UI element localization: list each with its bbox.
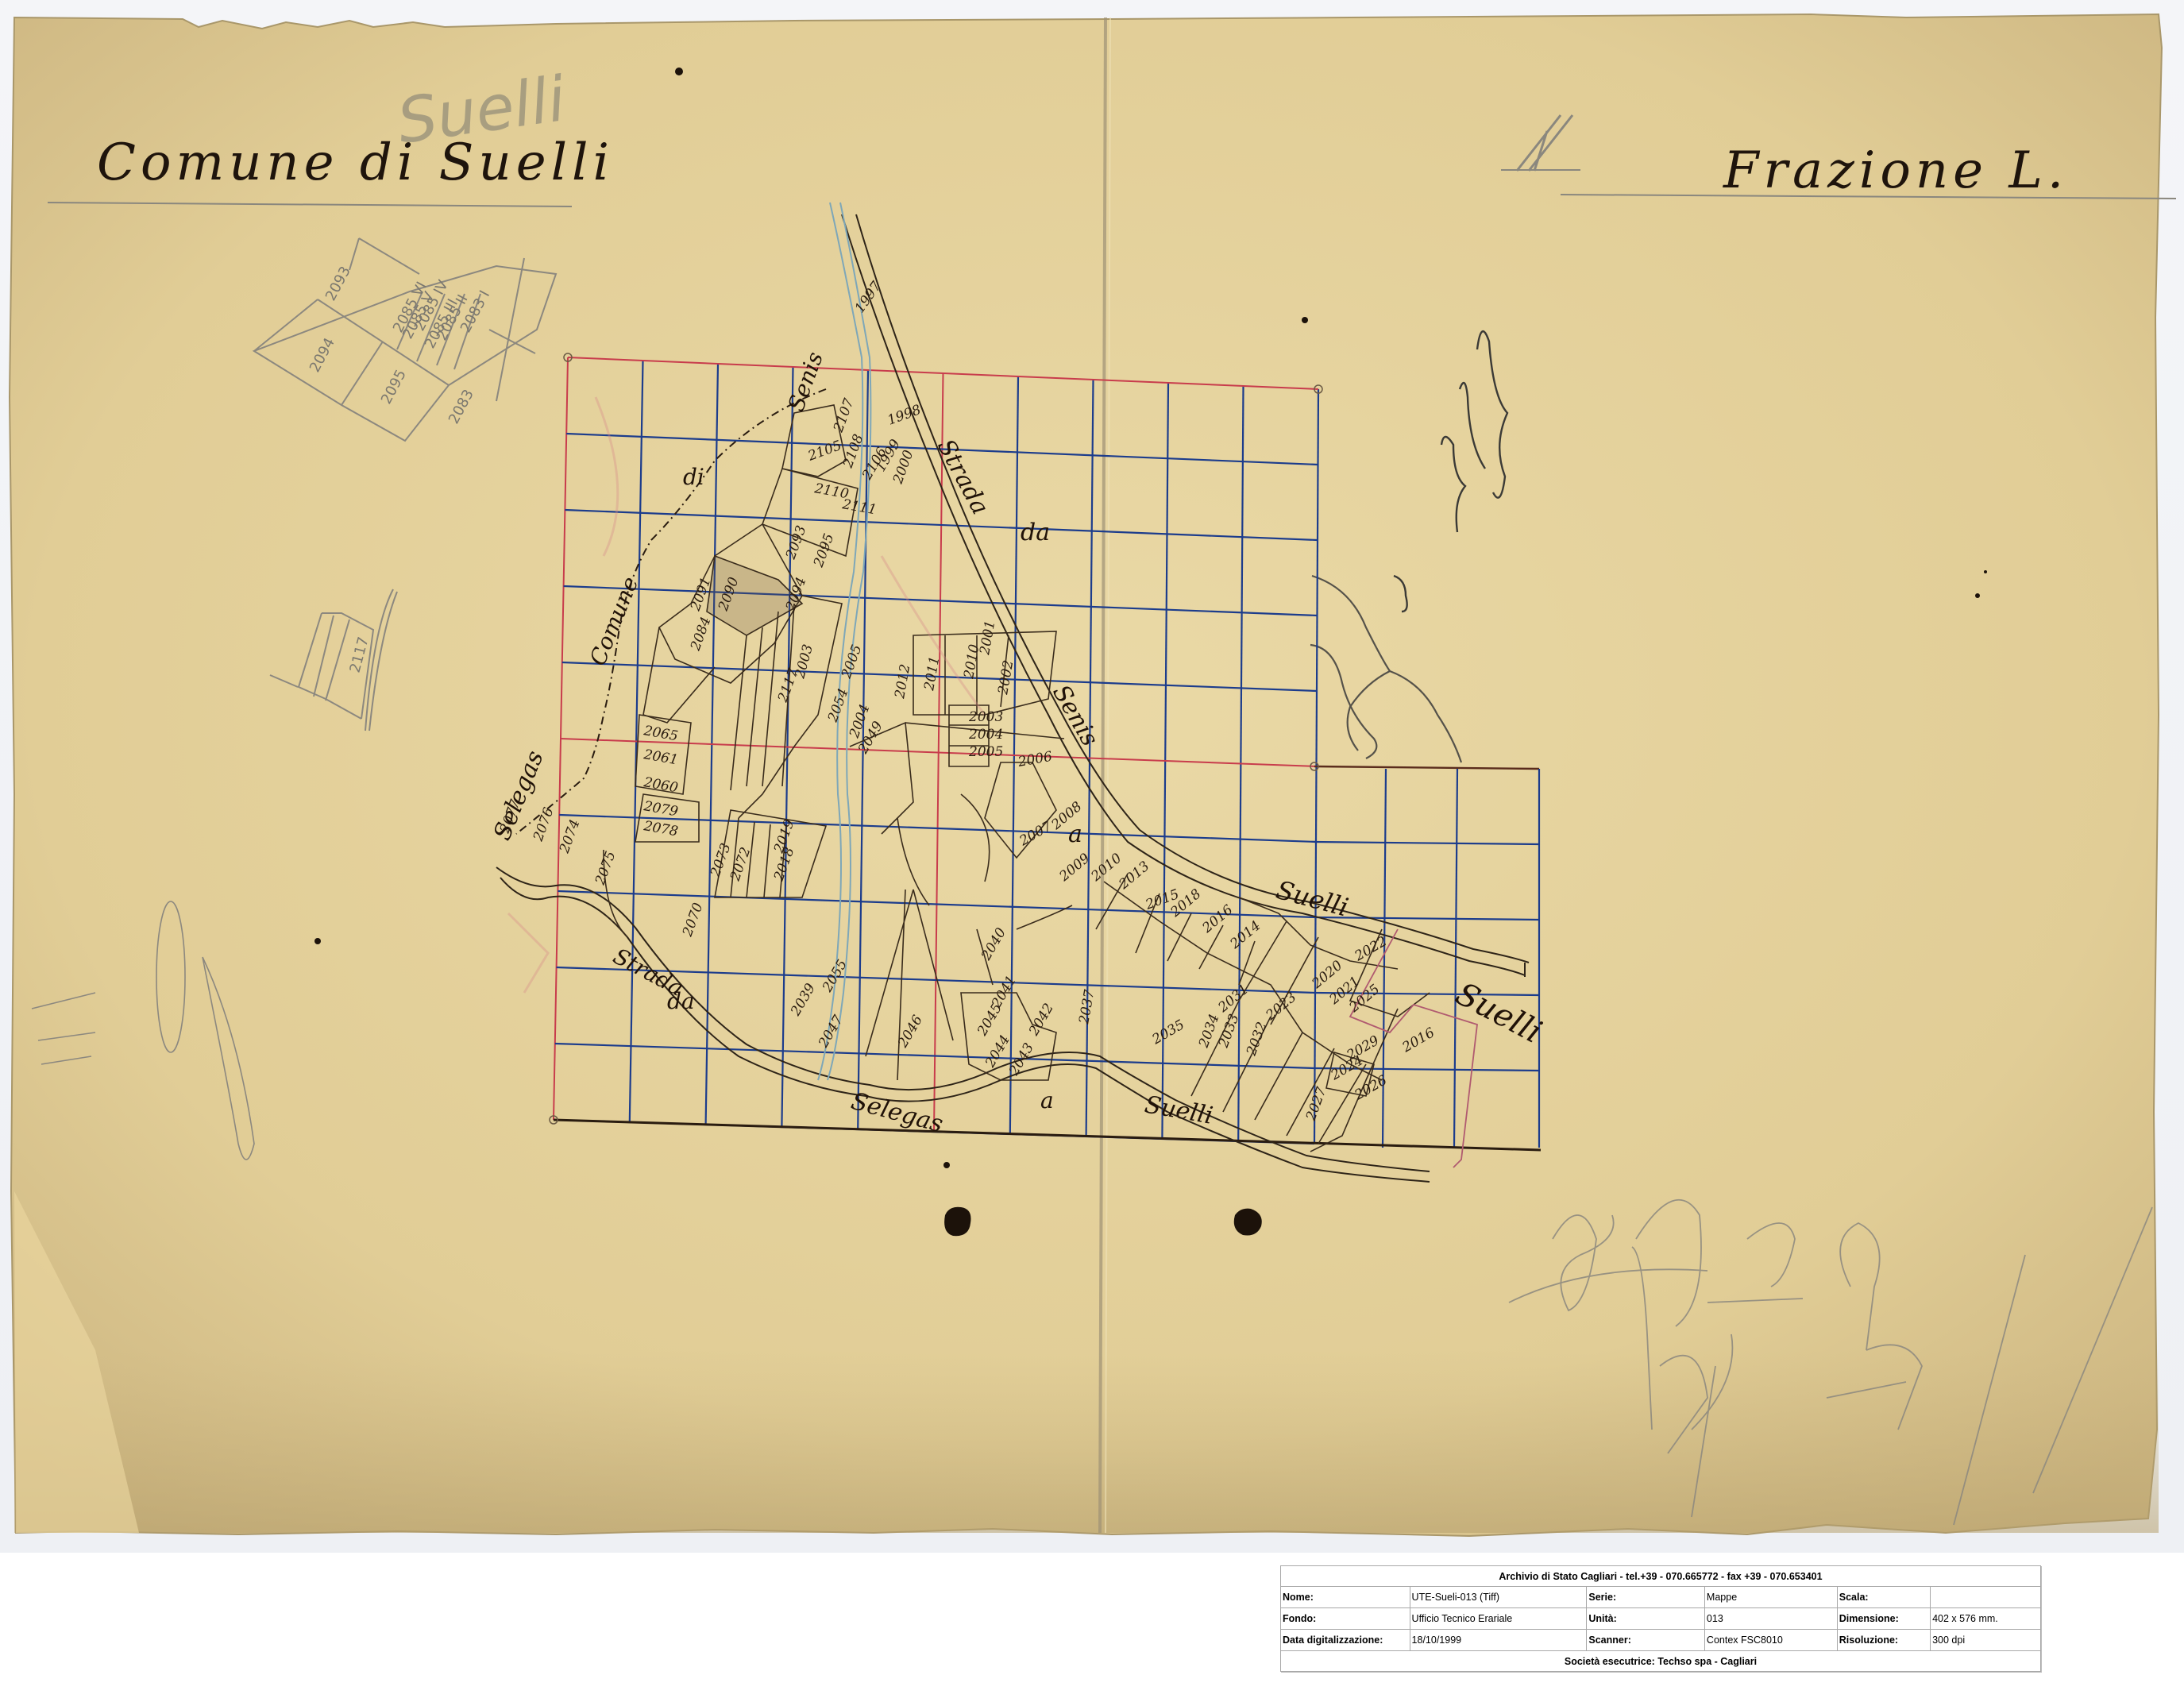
label-scanner: Scanner: (1587, 1630, 1705, 1651)
value-dimensione: 402 x 576 mm. (1931, 1608, 2041, 1630)
map-sheet: StradadaSenisaSuelliSuelliStradadaSelega… (0, 0, 2184, 1553)
paper (10, 14, 2162, 1536)
value-unita: 013 (1704, 1608, 1837, 1630)
road-label: da (1021, 519, 1050, 546)
label-scala: Scala: (1837, 1587, 1930, 1608)
label-unita: Unità: (1587, 1608, 1705, 1630)
map-title-frazione: Frazione L. (1723, 141, 2068, 200)
label-fondo: Fondo: (1281, 1608, 1410, 1630)
label-dimensione: Dimensione: (1837, 1608, 1930, 1630)
road-label: da (667, 988, 695, 1014)
parcel-number: 2003 (968, 709, 1003, 725)
parcel-number: 2005 (968, 744, 1003, 760)
road-label: a (1040, 1087, 1054, 1113)
value-scala (1931, 1587, 2041, 1608)
archive-info-table: Archivio di Stato Cagliari - tel.+39 - 0… (1280, 1565, 2041, 1672)
info-row-fondo: Fondo: Ufficio Tecnico Erariale Unità: 0… (1281, 1608, 2041, 1630)
road-label: a (1068, 820, 1082, 848)
label-nome: Nome: (1281, 1587, 1410, 1608)
info-row-data: Data digitalizzazione: 18/10/1999 Scanne… (1281, 1630, 2041, 1651)
archive-header: Archivio di Stato Cagliari - tel.+39 - 0… (1281, 1566, 2041, 1587)
value-serie: Mappe (1704, 1587, 1837, 1608)
label-risoluzione: Risoluzione: (1837, 1630, 1930, 1651)
cadastral-map: StradadaSenisaSuelliSuelliStradadaSelega… (0, 0, 2184, 1553)
info-row-nome: Nome: UTE-Sueli-013 (Tiff) Serie: Mappe … (1281, 1587, 2041, 1608)
value-risoluzione: 300 dpi (1931, 1630, 2041, 1651)
label-serie: Serie: (1587, 1587, 1705, 1608)
parcel-number: 2004 (968, 727, 1003, 743)
map-title-comune: Comune di Suelli (97, 133, 614, 192)
value-fondo: Ufficio Tecnico Erariale (1410, 1608, 1587, 1630)
road-label: di (683, 464, 704, 490)
value-scanner: Contex FSC8010 (1704, 1630, 1837, 1651)
label-data-digitalizzazione: Data digitalizzazione: (1281, 1630, 1410, 1651)
value-data-digitalizzazione: 18/10/1999 (1410, 1630, 1587, 1651)
value-nome: UTE-Sueli-013 (Tiff) (1410, 1587, 1587, 1608)
archive-footer: Società esecutrice: Techso spa - Cagliar… (1281, 1651, 2041, 1672)
